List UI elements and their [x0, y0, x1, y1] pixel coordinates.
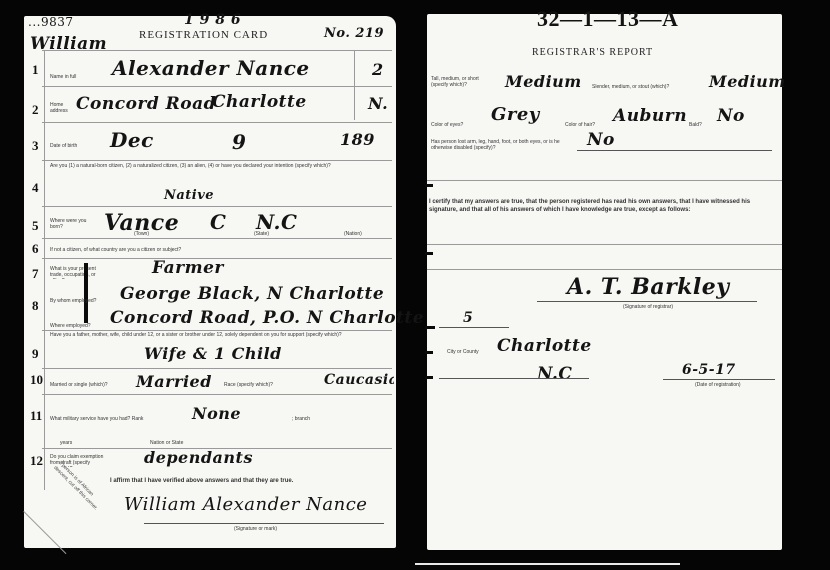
citizenship-value: Native: [164, 188, 214, 203]
marital-value: Married: [136, 372, 212, 391]
disability-label: Has person lost arm, leg, hand, foot, or…: [431, 139, 571, 152]
file-code: 32—1—13—A: [537, 6, 678, 32]
signature-caption: (Signature or mark): [234, 526, 277, 532]
state-value: N.C: [537, 364, 572, 384]
horizontal-scrollbar[interactable]: [415, 563, 680, 565]
affirmation-text: I affirm that I have verified above answ…: [110, 478, 293, 484]
employment-place-value: Concord Road, P.O. N Charlotte: [110, 308, 424, 328]
field-number-9: 9: [32, 346, 39, 362]
military-label: What military service have you had? Rank: [50, 416, 143, 422]
registrar-caption: (Signature of registrar): [623, 304, 673, 310]
date-caption: (Date of registration): [695, 382, 741, 388]
race-label: Race (specify which)?: [224, 382, 273, 388]
exemption-value: dependants: [144, 448, 253, 467]
field-number-1: 1: [32, 62, 39, 78]
years-label: years: [60, 440, 72, 446]
home-address-label: Home address: [50, 102, 70, 114]
registration-date-value: 6-5-17: [682, 362, 736, 378]
registration-card: ...9837 1 9 8 6 REGISTRATION CARD No. 21…: [24, 16, 396, 548]
occupation-label: What is your present trade, occupation, …: [50, 266, 110, 279]
build-label: Slender, medium, or stout (which)?: [592, 84, 669, 90]
field-number-5: 5: [32, 218, 39, 234]
eyes-value: Grey: [491, 104, 540, 125]
field-number-7: 7: [32, 266, 39, 282]
header-stamp: 1 9 8 6: [184, 12, 241, 28]
state-value: N.: [368, 94, 388, 113]
field-number-3: 3: [32, 138, 39, 154]
eyes-label: Color of eyes?: [431, 122, 463, 128]
occupation-value: Farmer: [152, 258, 224, 278]
field-number-6: 6: [32, 241, 39, 257]
marital-label: Married or single (which)?: [50, 382, 108, 388]
card-number: No. 219: [324, 26, 384, 41]
citizenship-label: Are you (1) a natural-born citizen, (2) …: [50, 163, 390, 169]
disability-value: No: [587, 130, 615, 150]
age-value: 2: [372, 60, 384, 79]
nation-state-label: Nation or State: [150, 440, 183, 446]
birthplace-label: Where were you born?: [50, 218, 90, 230]
hair-label: Color of hair?: [565, 122, 595, 128]
foreign-citizenship-label: If not a citizen, of what country are yo…: [50, 247, 181, 253]
race-value: Caucasian: [324, 372, 394, 388]
field-number-4: 4: [32, 180, 39, 196]
serial-number: ...9837: [28, 15, 73, 29]
field-number-12: 12: [30, 453, 43, 469]
precinct-value: 5: [463, 310, 473, 326]
birth-date-label: Date of birth: [50, 143, 77, 149]
registrant-signature: William Alexander Nance: [124, 494, 367, 515]
city-value: Charlotte: [212, 92, 307, 112]
county-value: Charlotte: [497, 336, 592, 356]
height-value: Medium: [505, 72, 582, 91]
field-number-8: 8: [32, 298, 39, 314]
field-number-10: 10: [30, 372, 43, 388]
birth-day-value: 9: [232, 130, 246, 154]
hair-value: Auburn: [613, 106, 687, 126]
name-label: Name in full: [50, 74, 76, 80]
build-value: Medium: [709, 72, 786, 91]
redaction-mark: [84, 263, 88, 323]
height-label: Tall, medium, or short (specify which)?: [431, 76, 481, 89]
employer-value: George Black, N Charlotte: [120, 284, 384, 304]
employment-place-label: Where employed?: [50, 323, 91, 329]
branch-label: ; branch: [292, 416, 310, 422]
birth-month-value: Dec: [110, 128, 154, 152]
birth-year-value: 189: [340, 130, 375, 149]
employer-label: By whom employed?: [50, 298, 96, 304]
nation-caption: (Nation): [344, 231, 362, 237]
military-value: None: [192, 404, 241, 423]
dependents-label: Have you a father, mother, wife, child u…: [50, 332, 390, 338]
dependents-value: Wife & 1 Child: [144, 344, 282, 363]
certification-text: I certify that my answers are true, that…: [429, 198, 777, 214]
full-name-value: Alexander Nance: [112, 56, 310, 80]
field-number-2: 2: [32, 102, 39, 118]
report-title: REGISTRAR'S REPORT: [532, 47, 653, 58]
card-title: REGISTRATION CARD: [139, 29, 268, 41]
registrar-signature: A. T. Barkley: [567, 274, 730, 300]
corner-stamp: If person is of African descent, cut off…: [12, 460, 104, 552]
state-caption: (State): [254, 231, 269, 237]
city-county-label: City or County: [447, 349, 479, 355]
birth-state-value: C: [210, 210, 226, 234]
registrars-report-card: 32—1—13—A REGISTRAR'S REPORT Tall, mediu…: [427, 14, 782, 550]
first-name: William: [30, 34, 107, 54]
bald-value: No: [717, 106, 745, 126]
bald-label: Bald?: [689, 122, 702, 128]
field-number-11: 11: [30, 408, 42, 424]
town-caption: (Town): [134, 231, 149, 237]
street-value: Concord Road: [76, 94, 216, 114]
